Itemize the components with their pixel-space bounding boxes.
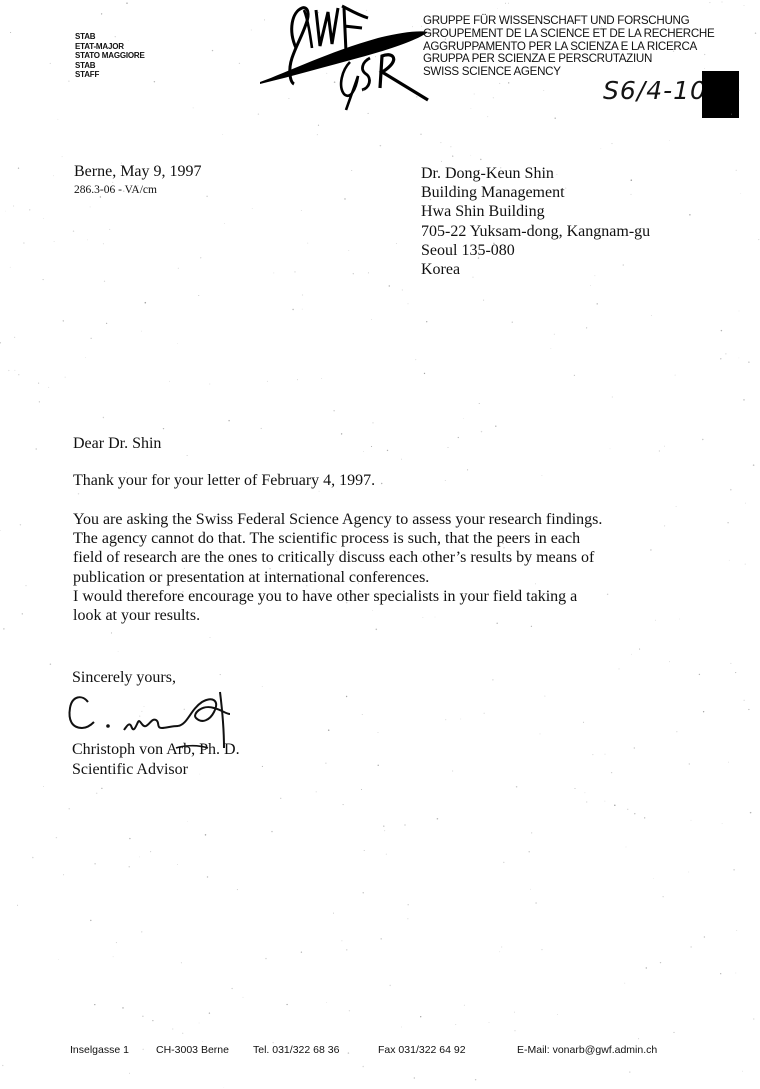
reference-number: 286.3-06 - VA/cm [74, 184, 157, 196]
footer-phone: Tel. 031/322 68 36 [253, 1044, 339, 1056]
intro-sentence: Thank your for your letter of February 4… [73, 472, 375, 490]
letter-page: STAB ETAT-MAJOR STATO MAGGIORE STAB STAF… [0, 0, 760, 1089]
agency-line: GROUPEMENT DE LA SCIENCE ET DE LA RECHER… [423, 28, 714, 41]
address-line: Hwa Shin Building [421, 202, 650, 221]
footer-email[interactable]: E-Mail: vonarb@gwf.admin.ch [517, 1044, 657, 1056]
staff-department-block: STAB ETAT-MAJOR STATO MAGGIORE STAB STAF… [75, 32, 145, 80]
address-line: Seoul 135-080 [421, 241, 650, 260]
body-line: publication or presentation at internati… [73, 568, 693, 587]
closing: Sincerely yours, [72, 669, 176, 687]
address-line: Korea [421, 260, 650, 279]
salutation: Dear Dr. Shin [73, 435, 161, 453]
recipient-address: Dr. Dong-Keun Shin Building Management H… [421, 164, 650, 279]
address-line: Building Management [421, 183, 650, 202]
agency-line: GRUPPE FÜR WISSENSCHAFT UND FORSCHUNG [423, 15, 714, 28]
signer-name: Christoph von Arb, Ph. D. [72, 741, 240, 759]
staff-line: STATO MAGGIORE [75, 51, 145, 61]
body-line: field of research are the ones to critic… [73, 548, 693, 567]
letter-date: Berne, May 9, 1997 [74, 163, 202, 181]
staff-line: STAFF [75, 70, 145, 80]
footer-street-address: Inselgasse 1 [70, 1044, 129, 1056]
staff-line: STAB [75, 32, 145, 42]
gwf-gsr-logo-icon [258, 0, 433, 112]
footer-fax: Fax 031/322 64 92 [378, 1044, 466, 1056]
footer-city: CH-3003 Berne [156, 1044, 229, 1056]
body-line: I would therefore encourage you to have … [73, 587, 693, 606]
body-paragraph: You are asking the Swiss Federal Science… [73, 510, 693, 625]
staff-line: ETAT-MAJOR [75, 42, 145, 52]
address-line: 705-22 Yuksam-dong, Kangnam-gu [421, 222, 650, 241]
body-line: You are asking the Swiss Federal Science… [73, 510, 693, 529]
redaction-box [702, 71, 739, 118]
body-line: look at your results. [73, 606, 693, 625]
body-line: The agency cannot do that. The scientifi… [73, 529, 693, 548]
agency-name-block: GRUPPE FÜR WISSENSCHAFT UND FORSCHUNG GR… [423, 15, 714, 79]
staff-line: STAB [75, 61, 145, 71]
address-line: Dr. Dong-Keun Shin [421, 164, 650, 183]
signer-title: Scientific Advisor [72, 761, 188, 779]
